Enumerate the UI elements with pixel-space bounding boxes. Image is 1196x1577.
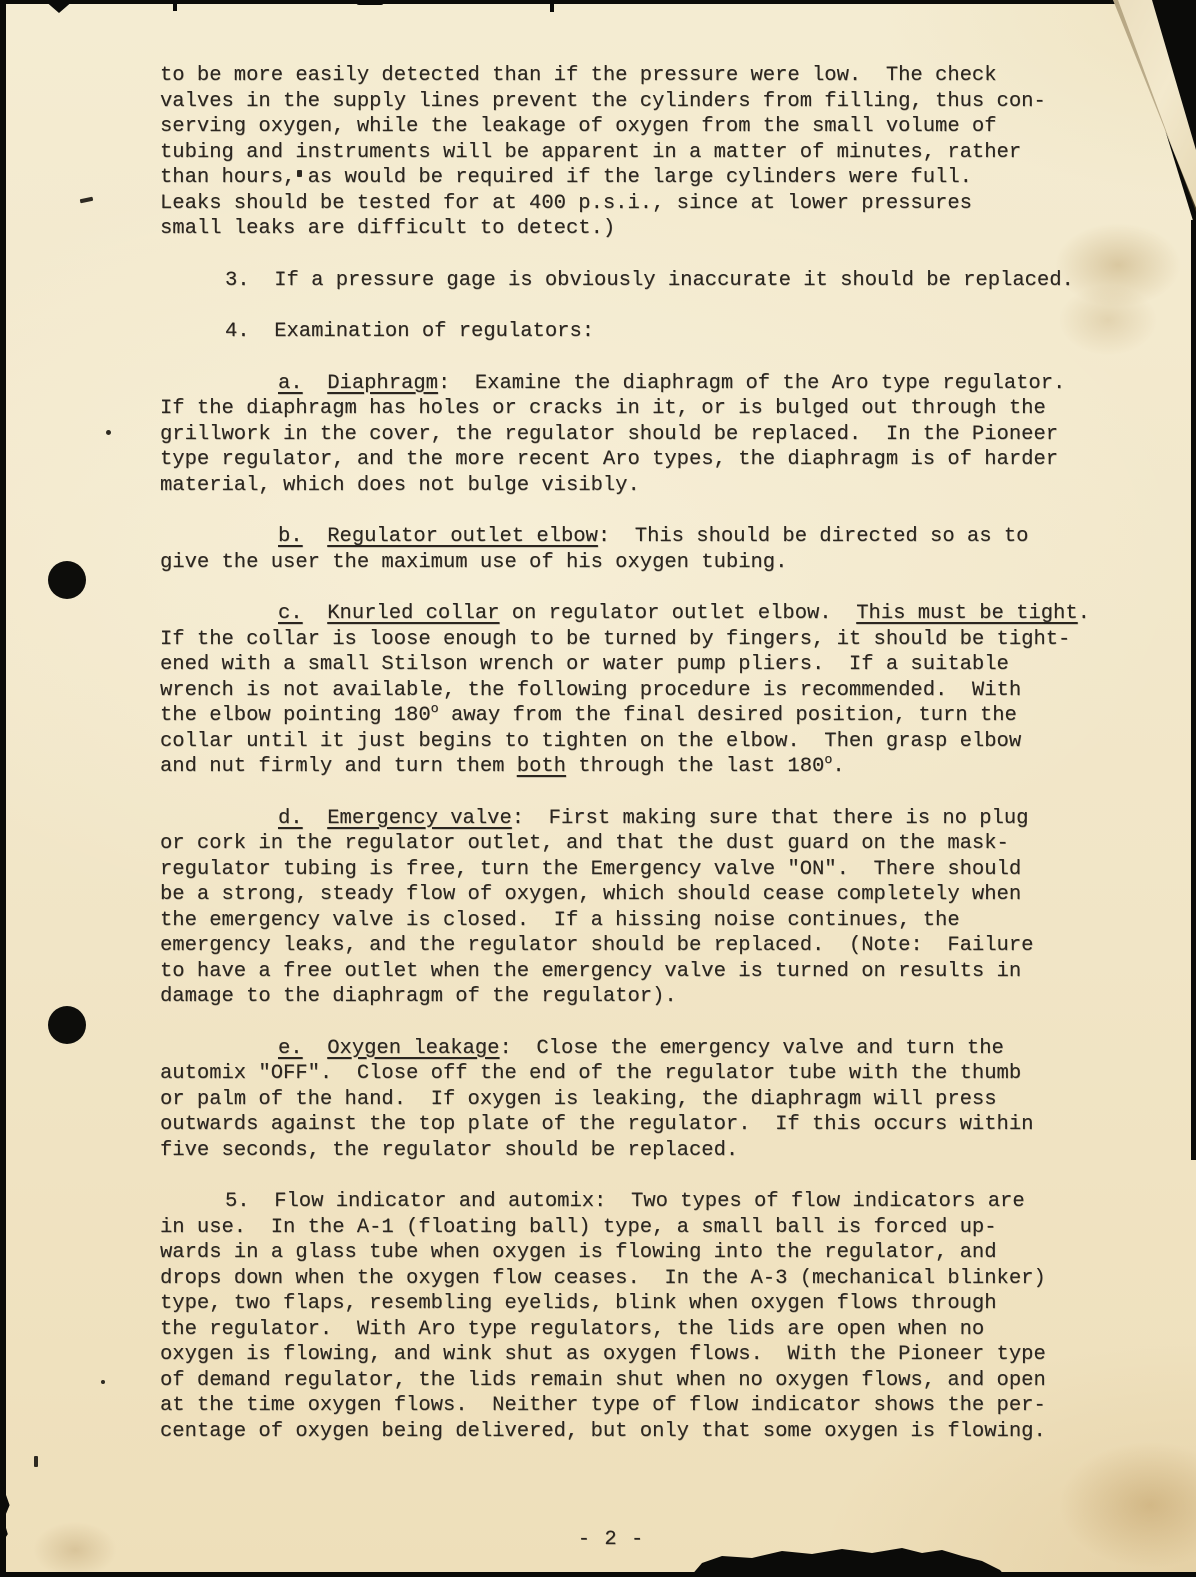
ink-speck xyxy=(101,1380,105,1384)
ink-speck xyxy=(297,170,302,177)
torn-edge-bottom xyxy=(0,0,1196,1577)
ink-speck xyxy=(106,430,111,435)
scanned-document-page: to be more easily detected than if the p… xyxy=(0,0,1196,1577)
ink-speck xyxy=(34,1456,38,1467)
